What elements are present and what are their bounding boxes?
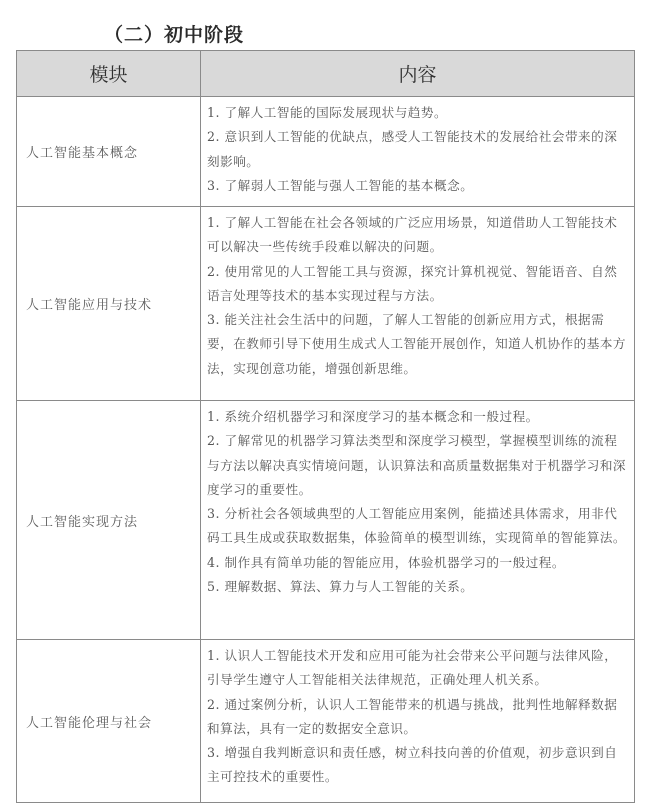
header-content: 内容 bbox=[201, 51, 635, 97]
content-cell: 1. 认识人工智能技术开发和应用可能为社会带来公平问题与法律风险，引导学生遵守人… bbox=[201, 640, 635, 803]
content-item: 2. 意识到人工智能的优缺点，感受人工智能技术的发展给社会带来的深刻影响。 bbox=[207, 125, 626, 174]
content-item: 5. 理解数据、算法、算力与人工智能的关系。 bbox=[207, 575, 626, 599]
table-row: 人工智能基本概念 1. 了解人工智能的国际发展现状与趋势。 2. 意识到人工智能… bbox=[17, 97, 635, 207]
content-item: 3. 分析社会各领域典型的人工智能应用案例，能描述具体需求，用非代码工具生成或获… bbox=[207, 502, 626, 551]
content-item: 1. 系统介绍机器学习和深度学习的基本概念和一般过程。 bbox=[207, 405, 626, 429]
content-cell: 1. 了解人工智能在社会各领域的广泛应用场景，知道借助人工智能技术可以解决一些传… bbox=[201, 207, 635, 401]
content-item: 2. 通过案例分析，认识人工智能带来的机遇与挑战，批判性地解释数据和算法，具有一… bbox=[207, 693, 626, 742]
table-row: 人工智能应用与技术 1. 了解人工智能在社会各领域的广泛应用场景，知道借助人工智… bbox=[17, 207, 635, 401]
header-module: 模块 bbox=[17, 51, 201, 97]
content-item: 3. 能关注社会生活中的问题，了解人工智能的创新应用方式，根据需要，在教师引导下… bbox=[207, 308, 626, 381]
content-cell: 1. 了解人工智能的国际发展现状与趋势。 2. 意识到人工智能的优缺点，感受人工… bbox=[201, 97, 635, 207]
module-cell: 人工智能基本概念 bbox=[17, 97, 201, 207]
table-row: 人工智能实现方法 1. 系统介绍机器学习和深度学习的基本概念和一般过程。 2. … bbox=[17, 401, 635, 640]
content-item: 1. 认识人工智能技术开发和应用可能为社会带来公平问题与法律风险，引导学生遵守人… bbox=[207, 644, 626, 693]
module-cell: 人工智能伦理与社会 bbox=[17, 640, 201, 803]
module-cell: 人工智能应用与技术 bbox=[17, 207, 201, 401]
content-item: 2. 使用常见的人工智能工具与资源，探究计算机视觉、智能语音、自然语言处理等技术… bbox=[207, 260, 626, 309]
table-row: 人工智能伦理与社会 1. 认识人工智能技术开发和应用可能为社会带来公平问题与法律… bbox=[17, 640, 635, 803]
content-item: 3. 了解弱人工智能与强人工智能的基本概念。 bbox=[207, 174, 626, 198]
section-title: （二）初中阶段 bbox=[104, 20, 244, 50]
curriculum-table: 模块 内容 人工智能基本概念 1. 了解人工智能的国际发展现状与趋势。 2. 意… bbox=[16, 50, 635, 803]
content-cell: 1. 系统介绍机器学习和深度学习的基本概念和一般过程。 2. 了解常见的机器学习… bbox=[201, 401, 635, 640]
table-header-row: 模块 内容 bbox=[17, 51, 635, 97]
module-cell: 人工智能实现方法 bbox=[17, 401, 201, 640]
content-item: 2. 了解常见的机器学习算法类型和深度学习模型，掌握模型训练的流程与方法以解决真… bbox=[207, 429, 626, 502]
content-item: 3. 增强自我判断意识和责任感，树立科技向善的价值观，初步意识到自主可控技术的重… bbox=[207, 741, 626, 790]
content-item: 1. 了解人工智能在社会各领域的广泛应用场景，知道借助人工智能技术可以解决一些传… bbox=[207, 211, 626, 260]
content-item: 4. 制作具有简单功能的智能应用，体验机器学习的一般过程。 bbox=[207, 551, 626, 575]
content-item: 1. 了解人工智能的国际发展现状与趋势。 bbox=[207, 101, 626, 125]
